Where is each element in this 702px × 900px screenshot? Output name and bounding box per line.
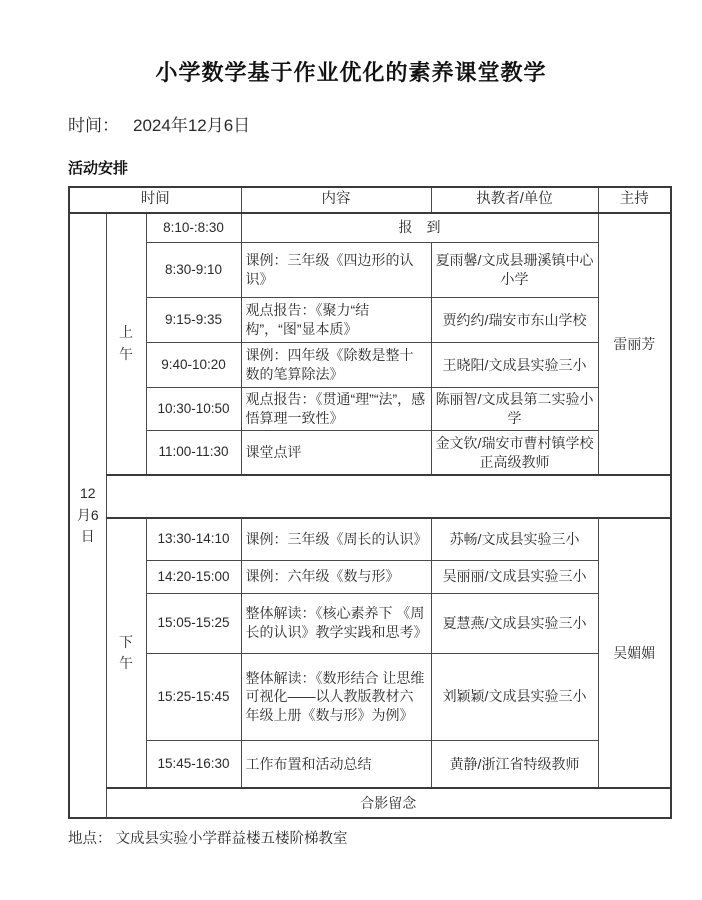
teacher-cell: 贾约约/瑞安市东山学校 [431,298,598,343]
registration-cell: 报 到 [241,213,598,243]
content-cell: 整体解读：《核心素养下 《周长的认识》教学实践和思考》 [241,593,431,653]
date-cell: 12月6日 [69,213,106,819]
content-cell: 课例：三年级《四边形的认识》 [241,243,431,298]
table-row: 14:20-15:00 课例：六年级《数与形》 吴丽丽/文成县实验三小 [69,560,671,593]
time-cell: 15:45-16:30 [146,740,241,788]
teacher-cell: 夏雨馨/文成县珊溪镇中心小学 [431,243,598,298]
table-row: 10:30-10:50 观点报告：《贯通“理”“法”，感悟算理一致性》 陈丽智/… [69,388,671,431]
time-cell: 8:10-:8:30 [146,213,241,243]
document-page: 小学数学基于作业优化的素养课堂教学 时间：2024年12月6日 活动安排 时间 … [0,0,702,900]
header-row: 时间 内容 执教者/单位 主持 [69,187,671,213]
date-label: 12月6日 [77,483,99,548]
teacher-cell: 夏慧燕/文成县实验三小 [431,593,598,653]
teacher-cell: 刘颖颖/文成县实验三小 [431,653,598,740]
header-content-cell: 内容 [241,187,431,213]
afternoon-label: 下午 [118,632,133,675]
table-row: 11:00-11:30 课堂点评 金文钦/瑞安市曹村镇学校 正高级教师 [69,430,671,475]
location-label: 地点： [68,831,112,847]
teacher-cell: 吴丽丽/文成县实验三小 [431,560,598,593]
content-cell: 课例：四年级《除数是整十数的笔算除法》 [241,343,431,388]
time-cell: 13:30-14:10 [146,518,241,560]
teacher-cell: 黄静/浙江省特级教师 [431,740,598,788]
time-cell: 14:20-15:00 [146,560,241,593]
content-cell: 课堂点评 [241,430,431,475]
teacher-cell: 陈丽智/文成县第二实验小学 [431,388,598,431]
table-row: 9:15-9:35 观点报告：《聚力“结构”，“图”显本质》 贾约约/瑞安市东山… [69,298,671,343]
event-time-line: 时间：2024年12月6日 [68,111,702,136]
registration-row: 12月6日 上午 8:10-:8:30 报 到 雷丽芳 [69,213,671,243]
time-cell: 8:30-9:10 [146,243,241,298]
header-host-cell: 主持 [598,187,671,213]
lunch-break-cell [106,475,671,518]
schedule-table: 时间 内容 执教者/单位 主持 12月6日 上午 8:10-:8:30 报 到 … [68,186,672,819]
time-cell: 11:00-11:30 [146,430,241,475]
content-cell: 整体解读：《数形结合 让思维可视化——以人教版教材六年级上册《数与形》为例》 [241,653,431,740]
location-value: 文成县实验小学群益楼五楼阶梯教室 [116,831,348,847]
afternoon-host-cell: 吴媚媚 [598,518,671,788]
content-cell: 工作布置和活动总结 [241,740,431,788]
lunch-break-row [69,475,671,518]
teacher-cell: 王晓阳/文成县实验三小 [431,343,598,388]
content-cell: 课例：三年级《周长的认识》 [241,518,431,560]
morning-label: 上午 [118,322,133,365]
morning-host-cell: 雷丽芳 [598,213,671,476]
header-teacher-cell: 执教者/单位 [431,187,598,213]
teacher-cell: 金文钦/瑞安市曹村镇学校 正高级教师 [431,430,598,475]
teacher-cell: 苏畅/文成县实验三小 [431,518,598,560]
time-cell: 9:40-10:20 [146,343,241,388]
content-cell: 课例：六年级《数与形》 [241,560,431,593]
content-cell: 观点报告：《聚力“结构”，“图”显本质》 [241,298,431,343]
time-cell: 15:05-15:25 [146,593,241,653]
time-cell: 15:25-15:45 [146,653,241,740]
time-value: 2024年12月6日 [133,116,250,135]
table-row: 15:05-15:25 整体解读：《核心素养下 《周长的认识》教学实践和思考》 … [69,593,671,653]
table-row: 8:30-9:10 课例：三年级《四边形的认识》 夏雨馨/文成县珊溪镇中心小学 [69,243,671,298]
table-row: 15:25-15:45 整体解读：《数形结合 让思维可视化——以人教版教材六年级… [69,653,671,740]
time-cell: 10:30-10:50 [146,388,241,431]
location-line: 地点：文成县实验小学群益楼五楼阶梯教室 [68,827,702,848]
morning-label-cell: 上午 [106,213,146,476]
table-row: 9:40-10:20 课例：四年级《除数是整十数的笔算除法》 王晓阳/文成县实验… [69,343,671,388]
time-cell: 9:15-9:35 [146,298,241,343]
table-row: 下午 13:30-14:10 课例：三年级《周长的认识》 苏畅/文成县实验三小 … [69,518,671,560]
afternoon-label-cell: 下午 [106,518,146,788]
page-title: 小学数学基于作业优化的素养课堂教学 [0,56,702,87]
content-cell: 观点报告：《贯通“理”“法”，感悟算理一致性》 [241,388,431,431]
header-time-cell: 时间 [69,187,241,213]
time-label: 时间： [68,116,119,135]
section-heading: 活动安排 [68,157,702,178]
group-photo-row: 合影留念 [69,788,671,818]
group-photo-cell: 合影留念 [106,788,671,818]
table-row: 15:45-16:30 工作布置和活动总结 黄静/浙江省特级教师 [69,740,671,788]
